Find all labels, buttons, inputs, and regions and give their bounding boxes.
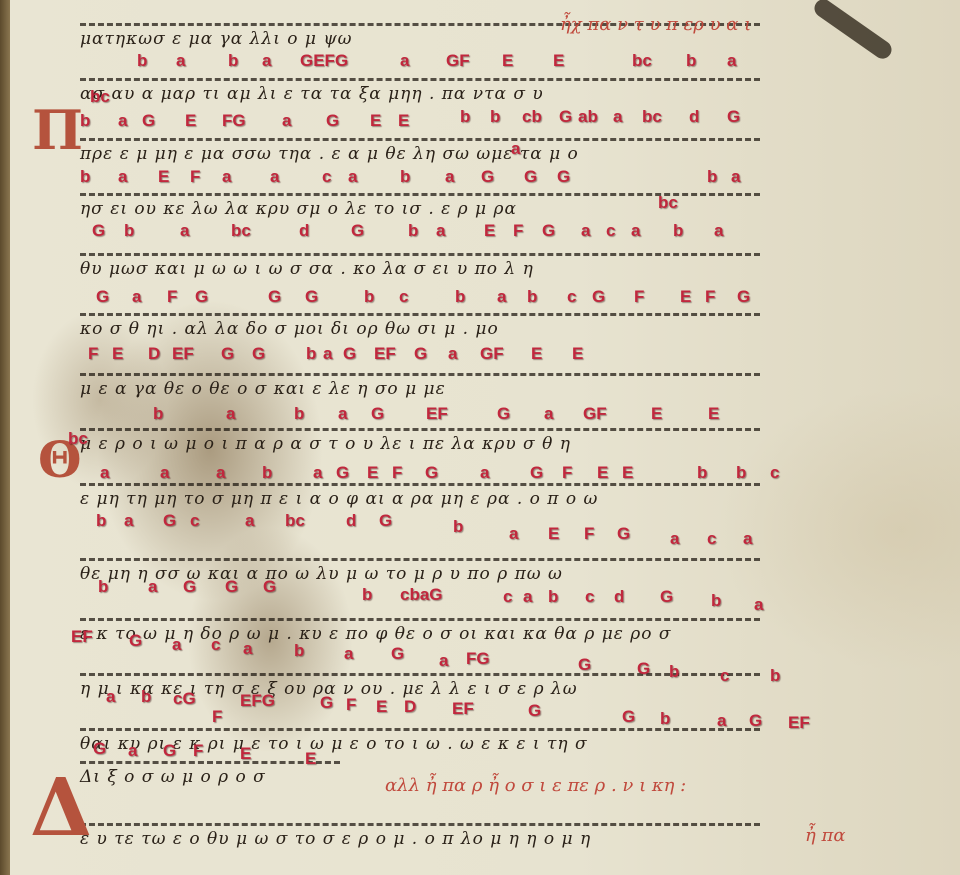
note-label: G (414, 345, 427, 362)
note-label: b (98, 578, 108, 595)
text-line: κο σ θ ηι . αλ λα δο σ μοι δι ορ θω σι μ… (80, 323, 499, 335)
note-label: E (572, 345, 583, 362)
note-label: a (714, 222, 723, 239)
note-label: b (294, 642, 304, 659)
note-label: a (727, 52, 736, 69)
note-label: d (614, 588, 624, 605)
note-label: a (544, 405, 553, 422)
note-label: c (190, 512, 199, 529)
rubric-text: ἦχ πα ν τ υ π ερ υ α ι (560, 14, 751, 35)
note-label: F (513, 222, 523, 239)
note-label: a (436, 222, 445, 239)
note-label: E (708, 405, 719, 422)
note-label: b (408, 222, 418, 239)
note-label: c (322, 168, 331, 185)
note-label: a (148, 578, 157, 595)
note-label: GF (446, 52, 470, 69)
note-label: G (622, 708, 635, 725)
note-label: FG (222, 112, 246, 129)
note-label: a (124, 512, 133, 529)
note-label: G (542, 222, 555, 239)
text-line: μ ε α γα θε ο θε ο σ και ε λε η σο μ με (80, 383, 446, 395)
note-label: a (581, 222, 590, 239)
note-label: a (313, 464, 322, 481)
note-label: bc (90, 88, 110, 105)
note-label: a (180, 222, 189, 239)
note-label: G (92, 222, 105, 239)
note-label: cG (173, 690, 196, 707)
note-label: b (707, 168, 717, 185)
note-label: G (559, 108, 572, 125)
note-label: G (221, 345, 234, 362)
note-label: EF (426, 405, 448, 422)
note-label: a (731, 168, 740, 185)
note-label: E (158, 168, 169, 185)
note-label: E (680, 288, 691, 305)
note-label: a (344, 645, 353, 662)
note-label: G (617, 525, 630, 542)
note-label: G (530, 464, 543, 481)
note-label: G (727, 108, 740, 125)
note-label: b (294, 405, 304, 422)
note-label: G (578, 656, 591, 673)
note-label: b (686, 52, 696, 69)
note-label: b (660, 710, 670, 727)
note-label: b (362, 586, 372, 603)
note-label: a (445, 168, 454, 185)
note-label: d (346, 512, 356, 529)
note-label: G (320, 694, 333, 711)
note-label: a (106, 688, 115, 705)
note-label: E (651, 405, 662, 422)
note-label: c (211, 636, 220, 653)
note-label: a (523, 588, 532, 605)
note-label: F (705, 288, 715, 305)
note-label: G (195, 288, 208, 305)
note-label: a (497, 288, 506, 305)
rubric-text: ἦ πα (805, 825, 846, 846)
note-label: c (606, 222, 615, 239)
binding-edge (0, 0, 10, 875)
note-label: a (323, 345, 332, 362)
note-label: E (185, 112, 196, 129)
note-label: bc (642, 108, 662, 125)
note-label: F (193, 742, 203, 759)
note-label: G (425, 464, 438, 481)
note-label: G (268, 288, 281, 305)
note-label: E (240, 745, 251, 762)
note-label: bc (68, 430, 88, 447)
text-line: θυ μωσ και μ ω ω ι ω σ σα . κο λα σ ει υ… (80, 263, 534, 275)
note-label: cbaG (400, 586, 443, 603)
note-label: a (216, 464, 225, 481)
text-line: Δι ξ ο σ ω μ ο ρ ο σ (80, 771, 266, 783)
note-label: a (670, 530, 679, 547)
note-label: D (404, 698, 416, 715)
note-label: a (118, 112, 127, 129)
note-label: E (502, 52, 513, 69)
note-label: G (379, 512, 392, 529)
note-label: a (245, 512, 254, 529)
note-label: E (622, 464, 633, 481)
note-label: a (509, 525, 518, 542)
note-label: b (228, 52, 238, 69)
note-label: a (480, 464, 489, 481)
rubric-text: αλλ ἦ πα ρ ἦ ο σ ι ε πε ρ . ν ι κη : (385, 775, 686, 796)
note-label: b (80, 168, 90, 185)
note-label: EF (452, 700, 474, 717)
note-label: G (481, 168, 494, 185)
note-label: a (400, 52, 409, 69)
note-label: E (484, 222, 495, 239)
text-line: μ ε ρ ο ι ω μ ο ι π α ρ α σ τ ο υ λε ι π… (80, 438, 571, 450)
note-label: a (172, 636, 181, 653)
text-line: θαι κυ ρι ε κ ρι μ ε το ι ω μ ε ο το ι ω… (80, 738, 588, 750)
note-label: b (400, 168, 410, 185)
note-label: G (129, 632, 142, 649)
note-label: G (252, 345, 265, 362)
note-label: a (717, 712, 726, 729)
note-label: b (669, 663, 679, 680)
note-label: G (371, 405, 384, 422)
note-label: D (148, 345, 160, 362)
note-label: a (754, 596, 763, 613)
note-label: a (128, 742, 137, 759)
note-label: F (167, 288, 177, 305)
note-label: a (448, 345, 457, 362)
note-label: cb (522, 108, 542, 125)
text-line: ε κ το ω μ η δο ρ ω μ . κυ ε πο φ θε ο σ… (80, 628, 672, 640)
note-label: G (343, 345, 356, 362)
note-label: a (348, 168, 357, 185)
note-label: GEFG (300, 52, 348, 69)
note-label: FG (466, 650, 490, 667)
note-label: b (364, 288, 374, 305)
note-label: c (770, 464, 779, 481)
text-line: ασ αυ α μαρ τι αμ λι ε τα τα ξα μηη . πα… (80, 88, 544, 100)
note-label: F (212, 708, 222, 725)
note-label: EF (788, 714, 810, 731)
initial-letter: Δ (30, 760, 92, 854)
note-label: G (305, 288, 318, 305)
note-label: c (503, 588, 512, 605)
note-label: b (141, 688, 151, 705)
note-label: bc (632, 52, 652, 69)
note-label: b (548, 588, 558, 605)
note-label: a (226, 405, 235, 422)
initial-letter: Π (32, 98, 83, 162)
note-label: b (697, 464, 707, 481)
note-label: b (306, 345, 316, 362)
note-label: b (262, 464, 272, 481)
note-label: EF (71, 628, 93, 645)
note-label: G (163, 512, 176, 529)
note-label: c (707, 530, 716, 547)
note-label: E (597, 464, 608, 481)
note-label: a (631, 222, 640, 239)
note-label: bc (231, 222, 251, 239)
note-label: F (392, 464, 402, 481)
text-line: ματηκωσ ε μα γα λλι ο μ ψω (80, 33, 353, 45)
note-label: b (490, 108, 500, 125)
note-label: a (338, 405, 347, 422)
note-label: a (100, 464, 109, 481)
note-label: c (399, 288, 408, 305)
note-label: F (190, 168, 200, 185)
note-label: a (160, 464, 169, 481)
note-label: G (592, 288, 605, 305)
text-line: ησ ει ου κε λω λα κρυ σμ ο λε το ισ . ε … (80, 203, 517, 215)
note-label: b (736, 464, 746, 481)
note-label: G (497, 405, 510, 422)
note-label: GF (480, 345, 504, 362)
note-label: EF (374, 345, 396, 362)
note-label: E (548, 525, 559, 542)
text-line: πρε ε μ μη ε μα σσω τηα . ε α μ θε λη σω… (80, 148, 579, 160)
note-label: b (527, 288, 537, 305)
note-label: d (299, 222, 309, 239)
ink-blot (811, 0, 895, 62)
note-label: G (737, 288, 750, 305)
water-stain (10, 280, 390, 800)
note-label: G (557, 168, 570, 185)
note-label: a (270, 168, 279, 185)
note-label: b (137, 52, 147, 69)
note-label: b (460, 108, 470, 125)
note-label: G (528, 702, 541, 719)
note-label: a (511, 140, 520, 157)
note-label: b (80, 112, 90, 129)
note-label: G (524, 168, 537, 185)
note-label: b (673, 222, 683, 239)
note-label: F (88, 345, 98, 362)
note-label: c (585, 588, 594, 605)
note-label: a (132, 288, 141, 305)
note-label: b (711, 592, 721, 609)
note-label: E (553, 52, 564, 69)
note-label: G (93, 740, 106, 757)
note-label: G (660, 588, 673, 605)
note-label: G (163, 742, 176, 759)
note-label: G (749, 712, 762, 729)
note-label: EF (172, 345, 194, 362)
note-label: G (351, 222, 364, 239)
note-label: b (453, 518, 463, 535)
note-label: a (439, 652, 448, 669)
text-line: ε μη τη μη το σ μη π ε ι α ο φ αι α ρα μ… (80, 493, 598, 505)
note-label: G (142, 112, 155, 129)
note-label: EFG (240, 692, 275, 709)
note-label: a (176, 52, 185, 69)
note-label: G (391, 645, 404, 662)
note-label: E (367, 464, 378, 481)
note-label: G (96, 288, 109, 305)
note-label: G (225, 578, 238, 595)
manuscript-page: ματηκωσ ε μα γα λλι ο μ ψωασ αυ α μαρ τι… (0, 0, 960, 875)
note-label: a (262, 52, 271, 69)
note-label: d (689, 108, 699, 125)
note-label: a (743, 530, 752, 547)
note-label: GF (583, 405, 607, 422)
note-label: ab (578, 108, 598, 125)
note-label: b (124, 222, 134, 239)
note-label: F (346, 696, 356, 713)
note-label: E (531, 345, 542, 362)
note-label: bc (285, 512, 305, 529)
note-label: G (326, 112, 339, 129)
note-label: E (376, 698, 387, 715)
note-label: E (112, 345, 123, 362)
note-label: a (613, 108, 622, 125)
note-label: G (263, 578, 276, 595)
note-label: a (222, 168, 231, 185)
note-label: a (118, 168, 127, 185)
note-label: b (153, 405, 163, 422)
note-label: G (637, 660, 650, 677)
note-label: E (370, 112, 381, 129)
text-line: ε υ τε τω ε ο θυ μ ω σ το σ ε ρ ο μ . ο … (80, 833, 591, 845)
note-label: G (336, 464, 349, 481)
note-label: b (770, 667, 780, 684)
note-label: a (282, 112, 291, 129)
note-label: F (584, 525, 594, 542)
note-label: bc (658, 194, 678, 211)
note-label: b (455, 288, 465, 305)
note-label: a (243, 640, 252, 657)
note-label: E (398, 112, 409, 129)
note-label: F (634, 288, 644, 305)
note-label: F (562, 464, 572, 481)
note-label: G (183, 578, 196, 595)
note-label: c (720, 667, 729, 684)
note-label: E (305, 750, 316, 767)
note-label: c (567, 288, 576, 305)
note-label: b (96, 512, 106, 529)
